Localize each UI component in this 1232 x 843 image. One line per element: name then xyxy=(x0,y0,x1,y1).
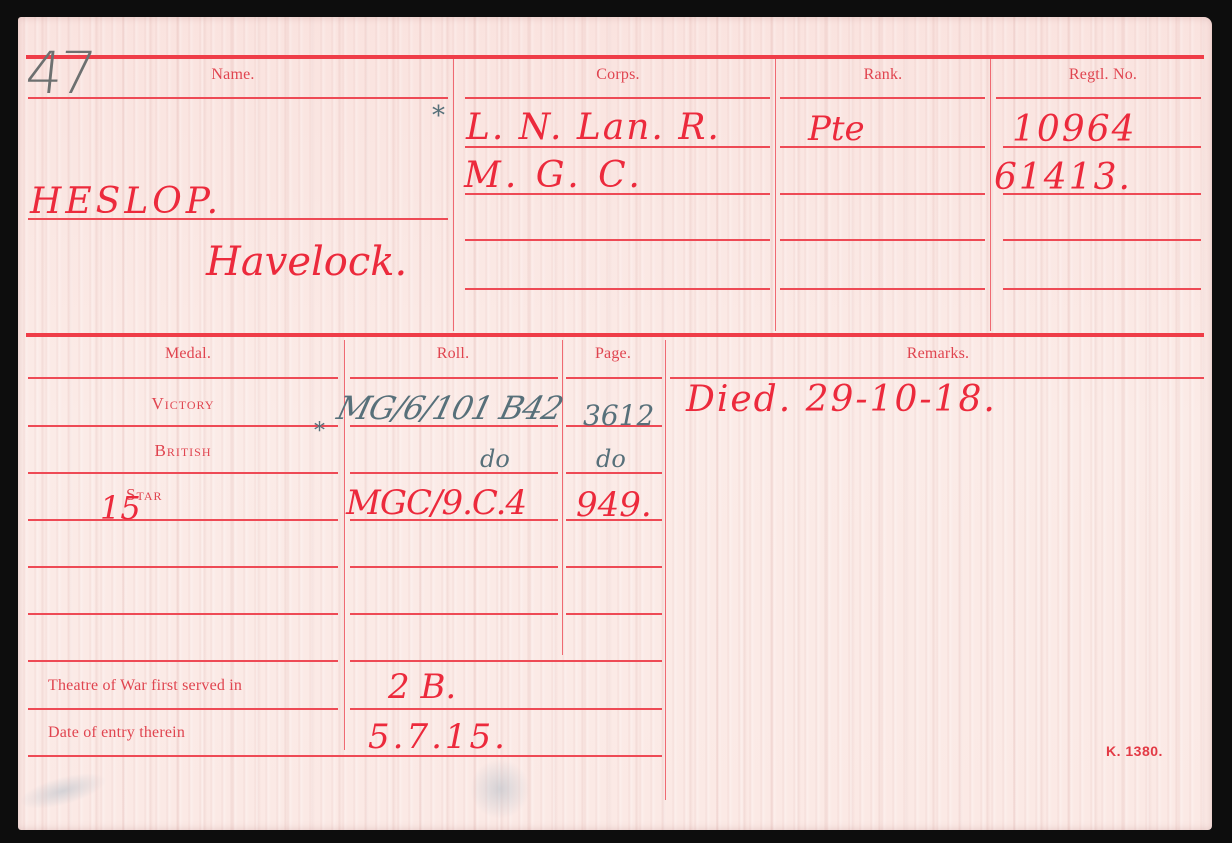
row-rule xyxy=(780,193,985,195)
medal-row-rule xyxy=(566,613,662,615)
star-page: 949. xyxy=(576,485,652,525)
name-header: Name. xyxy=(168,66,298,84)
medal-row-rule xyxy=(28,425,338,427)
remarks-header: Remarks. xyxy=(838,345,1038,363)
medal-row-rule xyxy=(28,566,338,568)
top-rule xyxy=(26,55,1204,59)
header-rule-regt xyxy=(996,97,1201,99)
header-rule-name xyxy=(28,97,448,99)
date-label: Date of entry therein xyxy=(48,724,348,742)
medal-header-rule xyxy=(28,377,338,379)
date-row-rule xyxy=(28,755,662,757)
roll-asterisk: * xyxy=(314,419,325,444)
medal-header: Medal. xyxy=(128,345,248,363)
page-header-rule xyxy=(566,377,662,379)
medal-victory: Victory xyxy=(113,394,253,414)
corps-line-2: M. G. C. xyxy=(464,155,644,196)
theatre-row-rule xyxy=(350,708,662,710)
british-page: do xyxy=(596,445,626,473)
medal-row-rule xyxy=(28,519,338,521)
divider-corps-rank xyxy=(775,59,776,331)
form-number: K. 1380. xyxy=(1106,743,1163,759)
theatre-value: 2 B. xyxy=(388,667,456,707)
section-rule xyxy=(26,333,1204,337)
rank-value: Pte xyxy=(808,109,865,149)
header-rule-corps xyxy=(465,97,770,99)
surname: HESLOP. xyxy=(30,181,222,222)
row-rule xyxy=(1003,239,1201,241)
row-rule xyxy=(1003,288,1201,290)
theatre-row-rule xyxy=(28,708,338,710)
page-header: Page. xyxy=(566,345,660,363)
remarks-value: Died. 29-10-18. xyxy=(686,379,997,420)
medal-row-rule xyxy=(350,566,558,568)
forename: Havelock. xyxy=(206,239,407,285)
medal-row-rule xyxy=(28,472,338,474)
medal-row-rule xyxy=(28,613,338,615)
medal-index-card: Name. Corps. Rank. Regtl. No. 47 HESLOP.… xyxy=(18,17,1212,830)
divider-page-remarks xyxy=(665,340,666,800)
pencil-index-number: 47 xyxy=(22,39,95,107)
medal-row-rule xyxy=(350,613,558,615)
star-year-prefix: 15 xyxy=(100,489,141,527)
corps-asterisk: * xyxy=(432,101,445,131)
victory-roll: MG/6/101 B42 xyxy=(333,389,566,427)
divider-roll-page xyxy=(562,340,563,655)
rank-header: Rank. xyxy=(828,66,938,84)
british-roll: do xyxy=(480,445,510,473)
divider-name-corps xyxy=(453,59,454,331)
row-rule xyxy=(465,288,770,290)
corps-header: Corps. xyxy=(558,66,678,84)
regt-no-header: Regtl. No. xyxy=(1028,66,1178,84)
date-value: 5.7.15. xyxy=(368,717,508,757)
row-rule xyxy=(780,239,985,241)
regt-number-2: 61413. xyxy=(994,157,1132,198)
divider-rank-regt xyxy=(990,59,991,331)
corps-line-1: L. N. Lan. R. xyxy=(466,107,721,148)
row-rule xyxy=(780,288,985,290)
regt-number-1: 10964 xyxy=(1012,109,1137,150)
medal-row-rule xyxy=(350,660,662,662)
medal-row-rule xyxy=(28,660,338,662)
theatre-label: Theatre of War first served in xyxy=(48,677,348,695)
medal-row-rule xyxy=(566,566,662,568)
medal-row-rule xyxy=(350,472,558,474)
victory-page: 3612 xyxy=(583,399,654,432)
roll-header: Roll. xyxy=(403,345,503,363)
header-rule-rank xyxy=(780,97,985,99)
row-rule xyxy=(465,239,770,241)
smudge-mark xyxy=(470,759,530,819)
roll-header-rule xyxy=(350,377,558,379)
medal-british: British xyxy=(113,441,253,461)
smudge-mark xyxy=(16,766,110,816)
star-roll: MGC/9.C.4 xyxy=(346,483,526,523)
